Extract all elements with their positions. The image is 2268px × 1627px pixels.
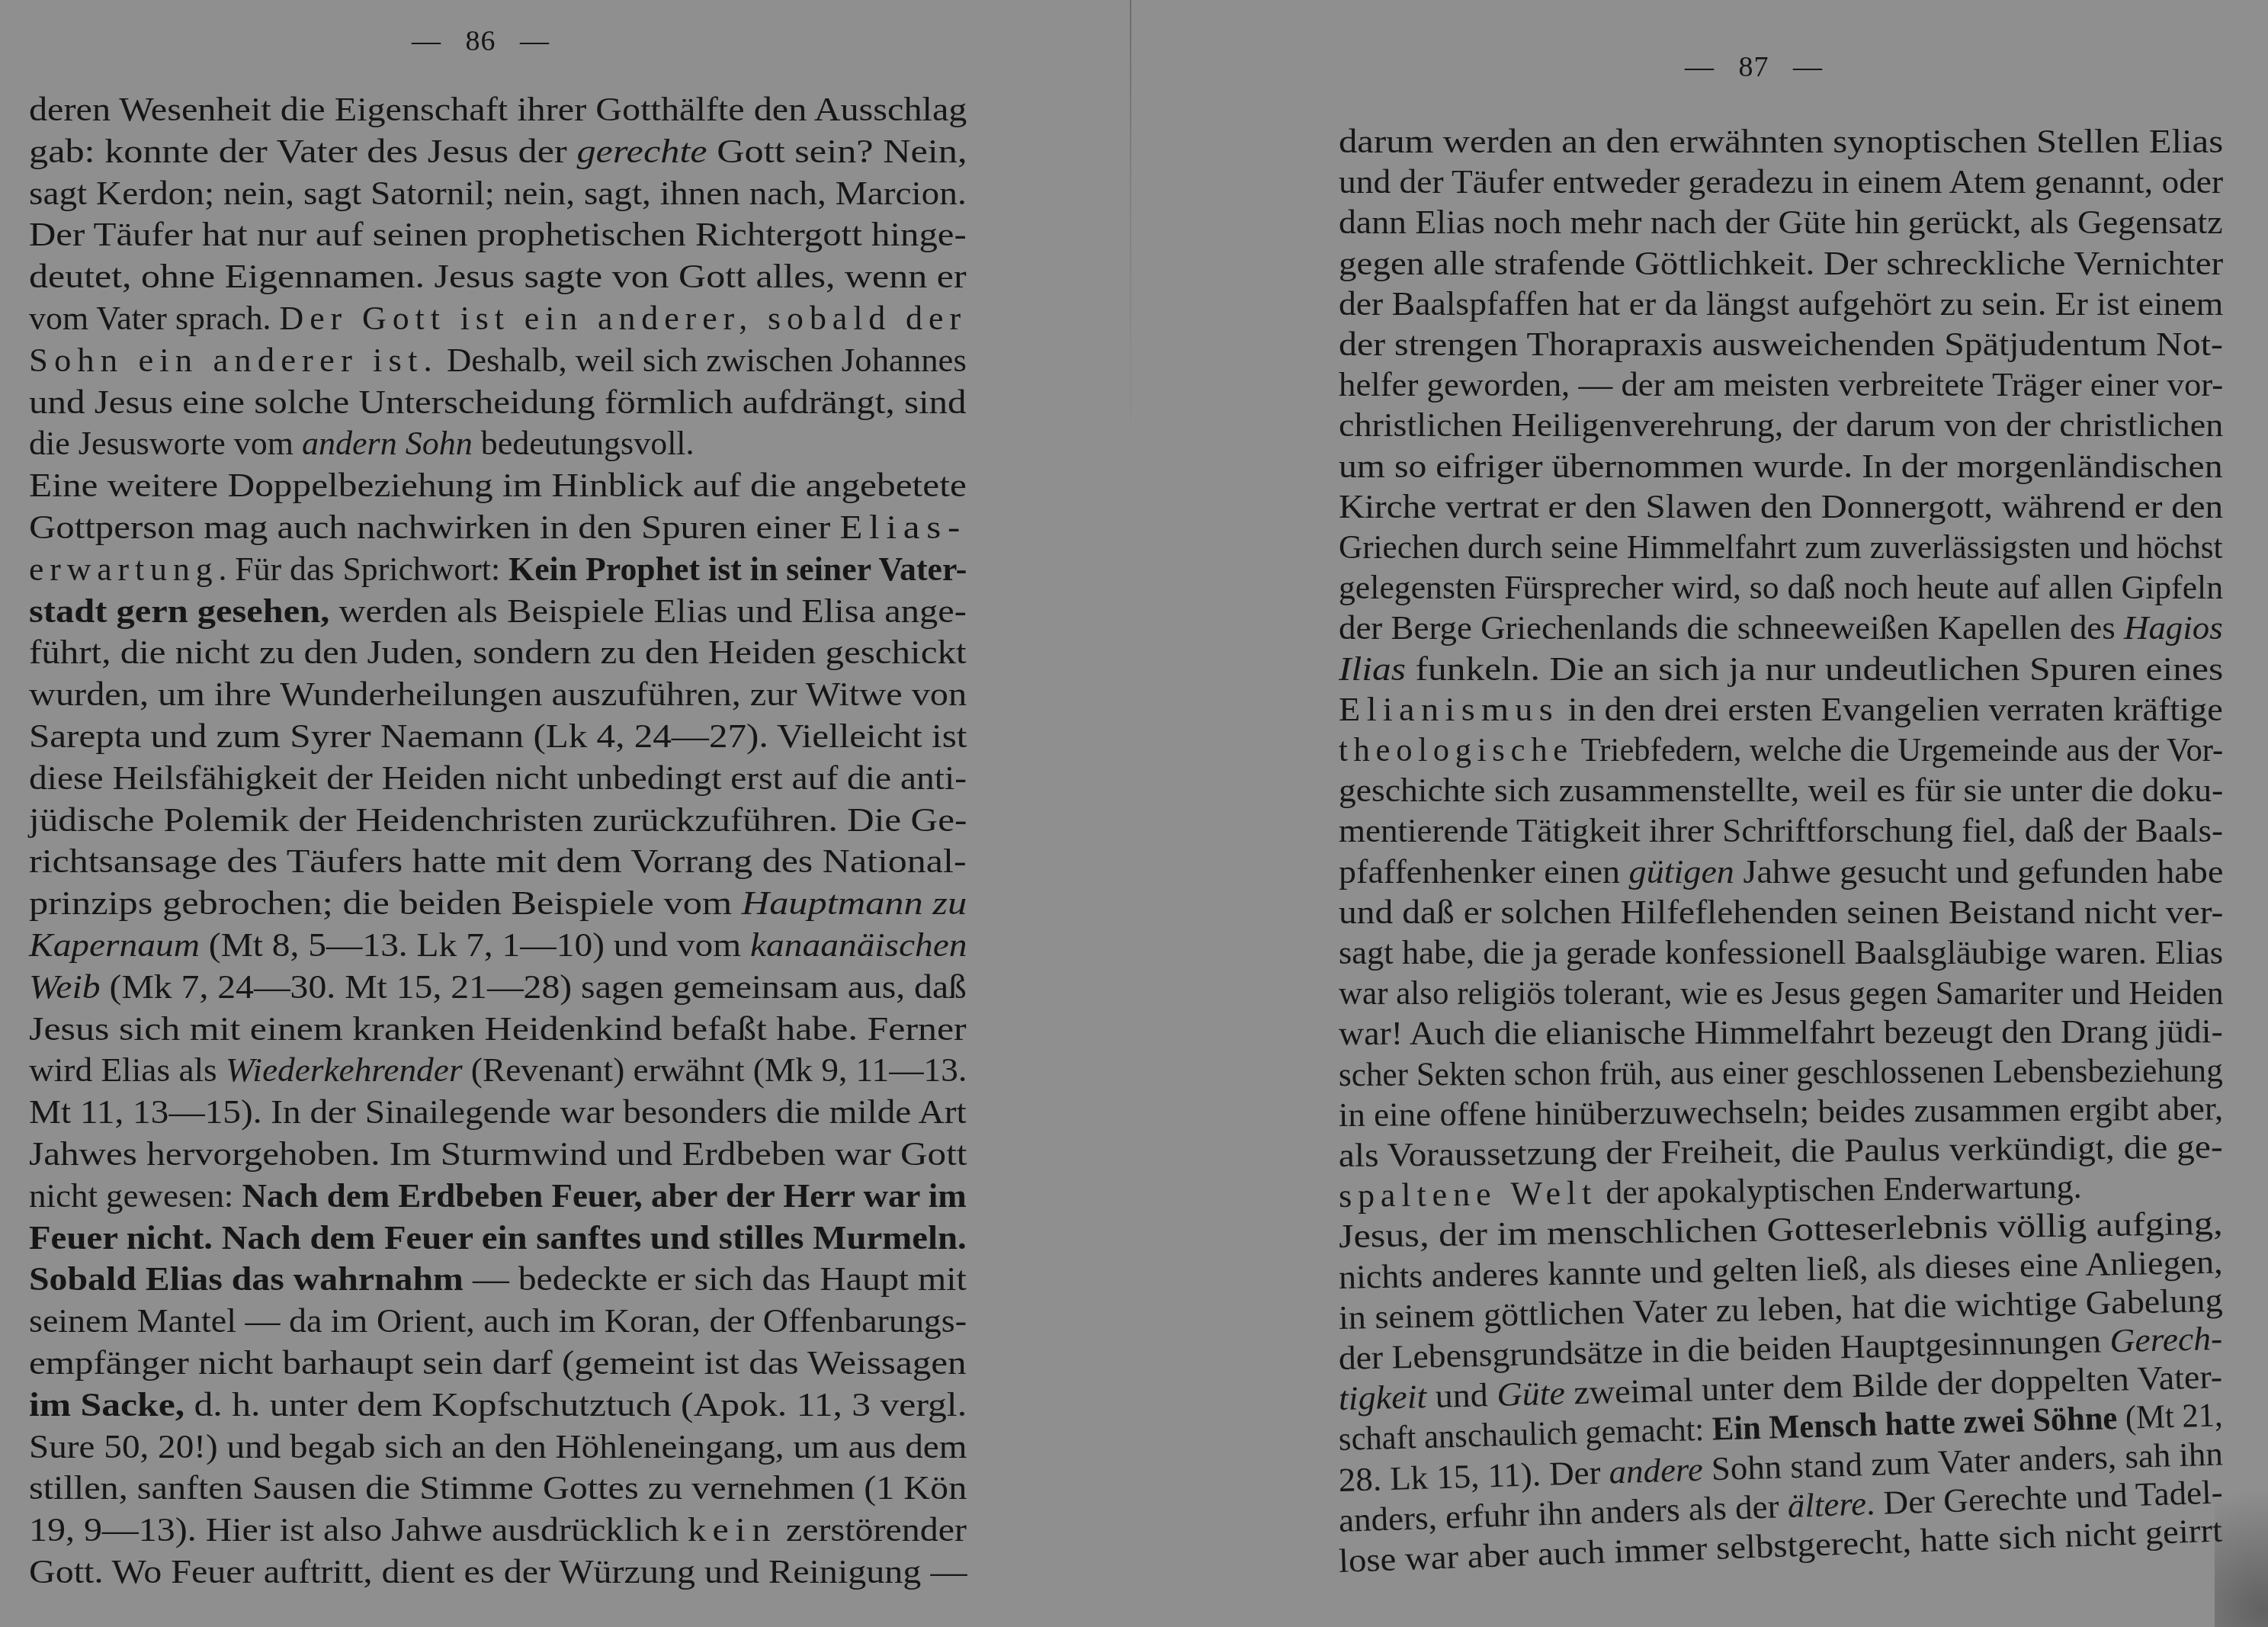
spaced-text: Elias- [839, 509, 967, 546]
text-run: vom Vater sprach. [29, 300, 280, 337]
text-run: Mt 11, 13—15). In der Sinailegende war b… [29, 1093, 967, 1131]
text-line: richtsansage des Täufers hatte mit dem V… [29, 842, 967, 884]
text-run: Gottperson mag auch nachwirken in den Sp… [29, 509, 839, 546]
text-run: war also religiös tolerant, wie es Jesus… [1339, 974, 2223, 1012]
italic-text: Gerech- [2109, 1320, 2223, 1359]
text-run: (Mt 21, [2117, 1397, 2224, 1437]
text-line: Sobald Elias das wahrnahm — bedeckte er … [29, 1260, 967, 1301]
italic-text: kanaanäischen [750, 926, 967, 964]
text-run: dann Elias noch mehr nach der Güte hin g… [1339, 204, 2222, 241]
text-line: Der Täufer hat nur auf seinen prophetisc… [29, 215, 967, 257]
italic-text: Wiederkehrender [226, 1051, 462, 1089]
text-line: gelegensten Fürsprecher wird, so daß noc… [1339, 568, 2223, 610]
italic-text: Ilias [1339, 650, 1406, 688]
text-run: deren Wesenheit die Eigenschaft ihrer Go… [29, 91, 967, 128]
text-run: der strengen Thorapraxis ausweichenden S… [1339, 326, 2223, 363]
text-run: und [1426, 1376, 1497, 1415]
text-line: wird Elias als Wiederkehrender (Revenant… [29, 1051, 967, 1093]
text-run: wurden, um ihre Wunderheilungen auszufüh… [29, 676, 967, 713]
text-line: theologische Triebfedern, welche die Urg… [1339, 730, 2223, 772]
text-run: d. h. unter dem Kopfschutztuch (Apok. 11… [184, 1386, 967, 1423]
text-run: darum werden an den erwähnten synoptisch… [1339, 123, 2223, 160]
bold-text: Sobald Elias das wahrnahm [29, 1260, 464, 1298]
text-run: der Baalspfaffen hat er da längst aufgeh… [1339, 285, 2223, 323]
italic-text: Güte [1496, 1375, 1566, 1414]
italic-text: Weib [29, 968, 101, 1006]
text-run: funkeln. Die an sich ja nur undeutlichen… [1406, 650, 2223, 688]
text-run: richtsansage des Täufers hatte mit dem V… [29, 842, 967, 880]
text-line: seinem Mantel — da im Orient, auch im Ko… [29, 1301, 967, 1343]
text-run: Sure 50, 20!) und begab sich an den Höhl… [29, 1428, 967, 1465]
text-run: Jesus sich mit einem kranken Heidenkind … [29, 1010, 967, 1048]
text-line: sagt habe, die ja gerade konfessionell B… [1339, 933, 2223, 975]
text-run: die Jesusworte vom [29, 425, 302, 462]
text-run: und daß er solchen Hilfeflehenden seinen… [1339, 894, 2223, 931]
text-run: als Voraussetzung der Freiheit, die Paul… [1339, 1128, 2223, 1174]
text-line: Jesus sich mit einem kranken Heidenkind … [29, 1009, 967, 1051]
text-line: nicht gewesen: Nach dem Erdbeben Feuer, … [29, 1176, 967, 1218]
text-line: deren Wesenheit die Eigenschaft ihrer Go… [29, 90, 967, 132]
text-run: war! Auch die elianische Himmelfahrt bez… [1339, 1012, 2223, 1052]
text-run: (Mt 8, 5—13. Lk 7, 1—10) und vom [200, 926, 750, 964]
text-line: christlichen Heiligenverehrung, der daru… [1339, 406, 2223, 448]
text-line: jüdische Polemik der Heidenchristen zurü… [29, 801, 967, 842]
text-run: empfänger nicht barhaupt sein darf (geme… [29, 1344, 967, 1382]
text-line: die Jesusworte vom andern Sohn bedeutung… [29, 424, 695, 466]
italic-text: Hauptmann zu [742, 884, 967, 922]
spaced-text: kein [688, 1511, 777, 1548]
italic-text: andern Sohn [302, 425, 473, 462]
text-run: christlichen Heiligenverehrung, der daru… [1339, 406, 2223, 444]
text-run: Jahwe gesucht und gefunden habe [1734, 853, 2223, 891]
text-line: darum werden an den erwähnten synoptisch… [1339, 122, 2223, 164]
text-line: Sarepta und zum Syrer Naemann (Lk 4, 24—… [29, 717, 967, 759]
text-run: der apokalyptischen Enderwartung. [1597, 1168, 2082, 1211]
text-line: um so eifriger übernommen wurde. In der … [1339, 447, 2223, 489]
text-run: der Berge Griechenlands die schneeweißen… [1339, 609, 2124, 647]
text-run: um so eifriger übernommen wurde. In der … [1339, 448, 2223, 485]
text-run: Triebfedern, welche die Urgemeinde aus d… [1573, 731, 2223, 769]
text-line: mentierende Tätigkeit ihrer Schriftforsc… [1339, 811, 2223, 853]
text-run: bedeutungsvoll. [473, 425, 695, 462]
text-run: (Revenant) erwähnt (Mk 9, 11—13. [463, 1051, 967, 1089]
text-line: war also religiös tolerant, wie es Jesus… [1339, 974, 2223, 1016]
text-line: vom Vater sprach. Der Gott ist ein ander… [29, 299, 967, 341]
text-line: Kirche vertrat er den Slawen den Donnerg… [1339, 487, 2223, 529]
text-run: geschichte sich zusammenstellte, weil es… [1339, 772, 2223, 809]
text-run: sagt Kerdon; nein, sagt Satornil; nein, … [29, 175, 967, 212]
text-run: Jahwes hervorgehoben. Im Sturmwind und E… [29, 1135, 967, 1173]
spaced-text: theologische [1339, 731, 1573, 769]
italic-text: tigkeit [1338, 1378, 1426, 1417]
text-line: Eine weitere Doppelbeziehung im Hinblick… [29, 466, 967, 508]
text-run: mentierende Tätigkeit ihrer Schriftforsc… [1339, 812, 2223, 849]
text-run: führt, die nicht zu den Juden, sondern z… [29, 634, 967, 671]
text-line: Gottperson mag auch nachwirken in den Sp… [29, 508, 967, 550]
text-line: gab: konnte der Vater des Jesus der gere… [29, 132, 967, 174]
text-line: empfänger nicht barhaupt sein darf (geme… [29, 1343, 967, 1385]
text-run: stillen, sanften Sausen die Stimme Gotte… [29, 1469, 967, 1507]
bold-text: Kein Prophet ist in seiner Vater- [508, 550, 967, 588]
italic-text: ältere [1787, 1484, 1867, 1524]
text-run: Griechen durch seine Himmelfahrt zum zuv… [1339, 528, 2223, 566]
text-run: werden als Beispiele Elias und Elisa ang… [329, 592, 967, 630]
text-run: prinzips gebrochen; die beiden Beispiele… [29, 884, 742, 922]
text-line: erwartung. Für das Sprichwort: Kein Prop… [29, 550, 967, 592]
spaced-text: Der Gott ist ein anderer, sobald der [280, 300, 967, 337]
text-run: deutet, ohne Eigennamen. Jesus sagte von… [29, 258, 967, 295]
page-number-right: — 87 — [1685, 50, 1823, 84]
text-run: zerstörender [777, 1511, 967, 1548]
text-line: geschichte sich zusammenstellte, weil es… [1339, 771, 2223, 813]
text-line: wurden, um ihre Wunderheilungen auszufüh… [29, 675, 967, 717]
bold-text: stadt gern gesehen, [29, 592, 329, 630]
text-run: Gott sein? Nein, [707, 133, 967, 170]
text-line: gegen alle strafende Göttlichkeit. Der s… [1339, 244, 2223, 286]
text-run: in eine offene hinüberzuwechseln; beides… [1339, 1089, 2224, 1134]
text-line: der Baalspfaffen hat er da längst aufgeh… [1339, 284, 2223, 326]
spaced-text: Sohn ein anderer ist. [29, 342, 438, 379]
bold-text: Nach dem Erdbeben Feuer, aber der Herr w… [242, 1177, 967, 1215]
bold-text: im Sacke, [29, 1386, 184, 1423]
text-line: sagt Kerdon; nein, sagt Satornil; nein, … [29, 174, 967, 216]
text-run: sagt habe, die ja gerade konfessionell B… [1339, 934, 2223, 971]
text-line: prinzips gebrochen; die beiden Beispiele… [29, 884, 967, 926]
text-run: Der Täufer hat nur auf seinen prophetisc… [29, 216, 967, 253]
spaced-text: Elianismus [1339, 691, 1559, 728]
italic-text: Kapernaum [29, 926, 200, 964]
italic-text: gütigen [1629, 853, 1734, 891]
text-run: gelegensten Fürsprecher wird, so daß noc… [1339, 569, 2223, 606]
bold-text: Feuer nicht. Nach dem Feuer ein sanftes … [29, 1219, 967, 1256]
text-run: jüdische Polemik der Heidenchristen zurü… [29, 801, 967, 839]
text-line: Gott. Wo Feuer auftritt, dient es der Wü… [29, 1552, 967, 1594]
text-line: und daß er solchen Hilfeflehenden seinen… [1339, 893, 2223, 935]
text-run: 28. Lk 15, 11). Der [1338, 1453, 1609, 1499]
text-line: stillen, sanften Sausen die Stimme Gotte… [29, 1468, 967, 1510]
right-page: — 87 — darum werden an den erwähnten syn… [1144, 0, 2268, 1627]
text-run: seinem Mantel — da im Orient, auch im Ko… [29, 1302, 967, 1340]
scan-speckle [2215, 1444, 2268, 1627]
text-line: dann Elias noch mehr nach der Güte hin g… [1339, 203, 2222, 245]
text-run: und Jesus eine solche Unterscheidung för… [29, 383, 967, 421]
text-line: und Jesus eine solche Unterscheidung för… [29, 383, 967, 425]
italic-text: Hagios [2124, 609, 2223, 647]
text-run: pfaffenhenker einen [1339, 853, 1629, 891]
text-line: Ilias funkeln. Die an sich ja nur undeut… [1339, 650, 2223, 692]
text-run: . Für das Sprichwort: [218, 550, 508, 588]
text-line: Kapernaum (Mt 8, 5—13. Lk 7, 1—10) und v… [29, 926, 967, 968]
text-run: nicht gewesen: [29, 1177, 242, 1215]
text-line: war! Auch die elianische Himmelfahrt bez… [1339, 1012, 2223, 1056]
text-line: Sohn ein anderer ist. Deshalb, weil sich… [29, 341, 967, 383]
text-run: und der Täufer entweder geradezu in eine… [1339, 163, 2223, 201]
text-run: gegen alle strafende Göttlichkeit. Der s… [1339, 245, 2223, 282]
text-run: diese Heilsfähigkeit der Heiden nicht un… [29, 759, 967, 797]
text-run: Deshalb, weil sich zwischen Johannes [438, 342, 967, 379]
text-line: deutet, ohne Eigennamen. Jesus sagte von… [29, 257, 967, 299]
text-run: Gott. Wo Feuer auftritt, dient es der Wü… [29, 1553, 967, 1590]
text-run: (Mk 7, 24—30. Mt 15, 21—28) sagen gemein… [101, 968, 967, 1006]
text-run: Eine weitere Doppelbeziehung im Hinblick… [29, 467, 967, 504]
text-line: Weib (Mk 7, 24—30. Mt 15, 21—28) sagen g… [29, 968, 967, 1009]
page-number-left: — 86 — [412, 24, 550, 58]
text-line: im Sacke, d. h. unter dem Kopfschutztuch… [29, 1385, 967, 1427]
text-run: wird Elias als [29, 1051, 226, 1089]
italic-text: gerechte [576, 133, 707, 170]
book-gutter [1130, 0, 1131, 457]
text-run: helfer geworden, — der am meisten verbre… [1339, 366, 2223, 403]
spaced-text: spaltene Welt [1339, 1174, 1598, 1215]
text-line: führt, die nicht zu den Juden, sondern z… [29, 633, 967, 675]
text-run: scher Sekten schon früh, aus einer gesch… [1339, 1051, 2223, 1093]
text-line: 19, 9—13). Hier ist also Jahwe ausdrückl… [29, 1510, 967, 1552]
text-run: Kirche vertrat er den Slawen den Donnerg… [1339, 488, 2223, 525]
text-run: gab: konnte der Vater des Jesus der [29, 133, 576, 170]
text-line: diese Heilsfähigkeit der Heiden nicht un… [29, 759, 967, 801]
text-run: 19, 9—13). Hier ist also Jahwe ausdrückl… [29, 1511, 688, 1548]
text-line: Mt 11, 13—15). In der Sinailegende war b… [29, 1093, 967, 1134]
spaced-text: erwartung [29, 550, 218, 588]
text-line: stadt gern gesehen, werden als Beispiele… [29, 592, 967, 634]
text-line: Griechen durch seine Himmelfahrt zum zuv… [1339, 528, 2223, 570]
text-line: Sure 50, 20!) und begab sich an den Höhl… [29, 1427, 967, 1469]
italic-text: andere [1609, 1450, 1703, 1491]
text-line: pfaffenhenker einen gütigen Jahwe gesuch… [1339, 852, 2223, 894]
text-line: helfer geworden, — der am meisten verbre… [1339, 365, 2223, 407]
text-line: Elianismus in den drei ersten Evangelien… [1339, 690, 2223, 732]
text-line: Jahwes hervorgehoben. Im Sturmwind und E… [29, 1134, 967, 1176]
text-run: — bedeckte er sich das Haupt mit [464, 1260, 967, 1298]
text-line: Feuer nicht. Nach dem Feuer ein sanftes … [29, 1218, 967, 1260]
left-page: — 86 — deren Wesenheit die Eigenschaft i… [0, 0, 1128, 1627]
text-line: der strengen Thorapraxis ausweichenden S… [1339, 325, 2223, 367]
text-line: der Berge Griechenlands die schneeweißen… [1339, 608, 2223, 650]
text-run: in den drei ersten Evangelien verraten k… [1559, 691, 2223, 728]
text-run: Sarepta und zum Syrer Naemann (Lk 4, 24—… [29, 717, 967, 755]
text-line: und der Täufer entweder geradezu in eine… [1339, 162, 2223, 204]
